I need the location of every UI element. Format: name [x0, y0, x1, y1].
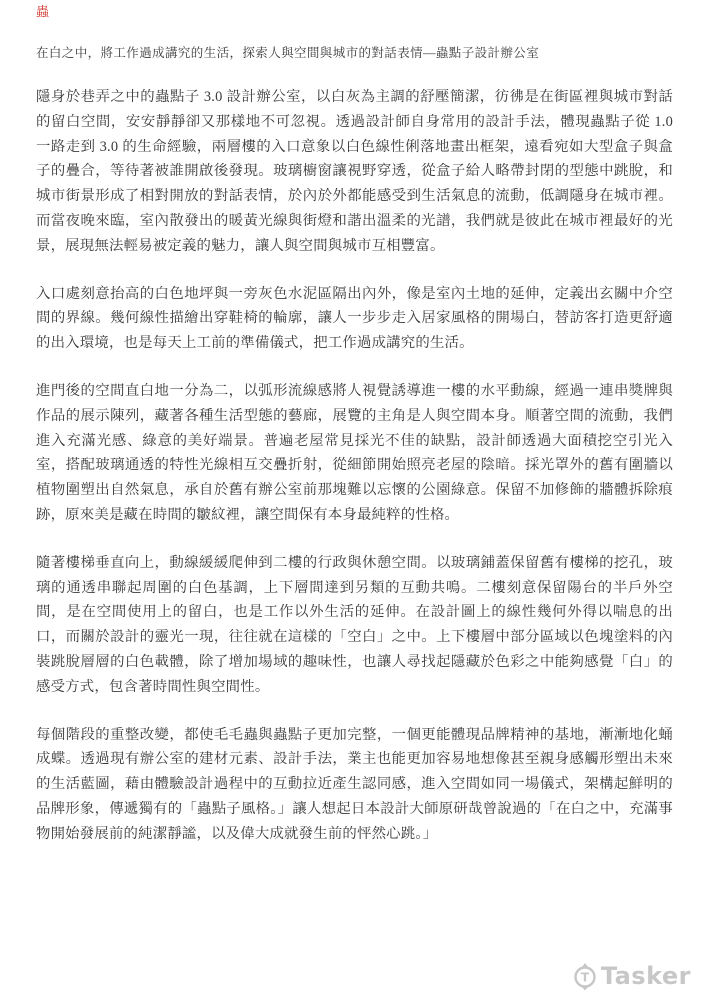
document-page: 蟲 在白之中，將工作過成講究的生活，探索人與空間與城市的對話表情—蟲點子設計辦公…	[0, 0, 707, 1000]
article-body: 在白之中，將工作過成講究的生活，探索人與空間與城市的對話表情—蟲點子設計辦公室 …	[36, 45, 673, 847]
tasker-watermark: T Tasker	[570, 961, 691, 991]
svg-text:T: T	[581, 971, 590, 985]
article-paragraph: 入口處刻意抬高的白色地坪與一旁灰色水泥區隔出內外，像是室內土地的延伸，定義出玄關…	[36, 282, 673, 356]
article-paragraph: 隱身於巷弄之中的蟲點子 3.0 設計辦公室，以白灰為主調的舒壓簡潔，彷彿是在街區…	[36, 85, 673, 259]
article-paragraph: 每個階段的重整改變，都使毛毛蟲與蟲點子更加完整，一個更能體現品牌精神的基地，漸漸…	[36, 723, 673, 847]
article-title: 在白之中，將工作過成講究的生活，探索人與空間與城市的對話表情—蟲點子設計辦公室	[36, 45, 673, 62]
tasker-logo-icon: T	[570, 961, 600, 991]
red-seal-mark: 蟲	[36, 5, 49, 18]
article-paragraph: 進門後的空間直白地一分為二，以弧形流線感將人視覺誘導進一樓的水平動線，經過一連串…	[36, 379, 673, 528]
article-paragraph: 隨著樓梯垂直向上，動線緩緩爬伸到二樓的行政與休憩空間。以玻璃鋪蓋保留舊有樓梯的挖…	[36, 551, 673, 700]
tasker-brand-text: Tasker	[601, 961, 691, 991]
